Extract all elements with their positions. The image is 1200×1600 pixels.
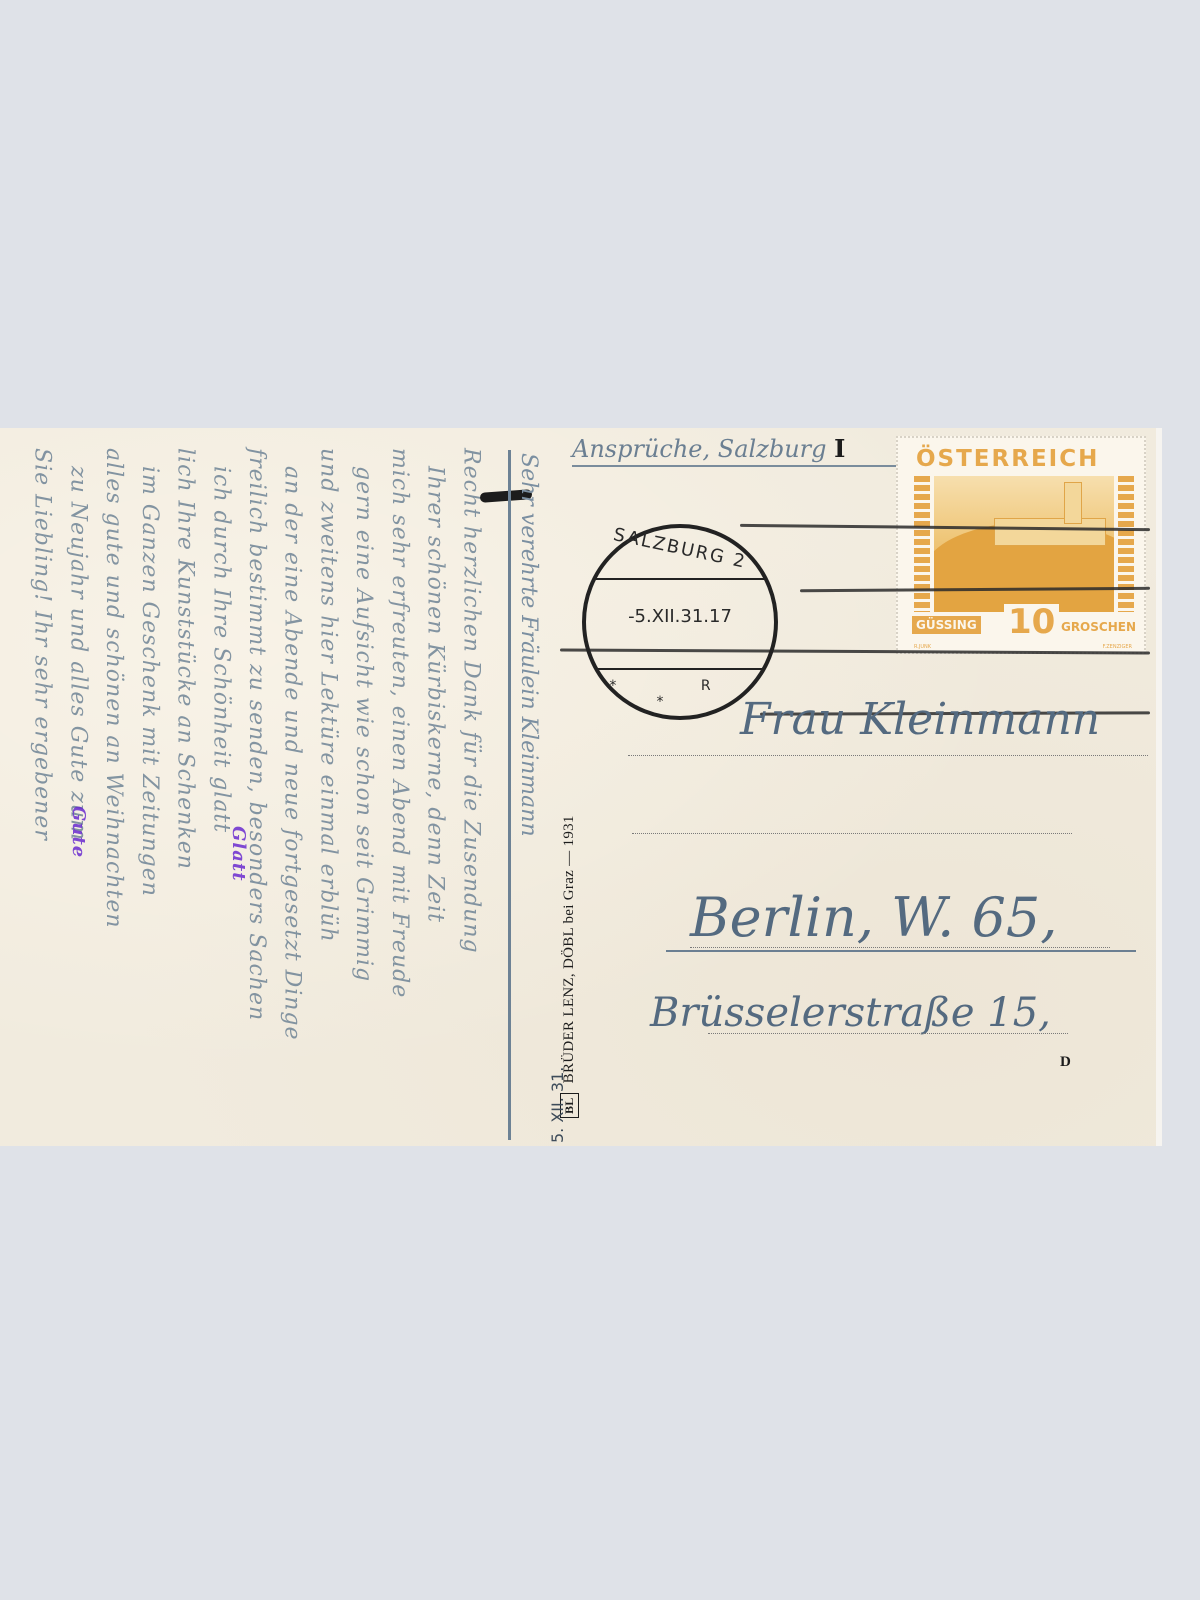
stamp-currency: GROSCHEN [1061,620,1136,634]
stamp-value: 10 [1004,604,1059,640]
message-line: lich Ihre Kunststücke an Schenken [173,448,198,1146]
message-line: Sie Liebling! Ihr sehr ergebener [30,448,55,1146]
recipient-street: Brüsselerstraße 15, [650,990,1051,1036]
message-line: mich sehr erfreuten, einen Abend mit Fre… [387,448,412,1146]
sender-line: Ansprüche, Salzburg I [572,434,902,467]
sender-text: Ansprüche, Salzburg [572,435,826,463]
message-line: gern eine Aufsicht wie schon seit Grimmi… [351,466,376,1146]
violet-annotation: Gute [68,806,89,886]
postmark: SALZBURG 2 -5.XII.31.17 * R * [582,524,778,720]
address-line-2 [632,832,1072,834]
address-line-1 [628,754,1148,756]
stamp-country: ÖSTERREICH [916,446,1136,472]
handwritten-greeting: Sehr verehrte Fräulein Kleinmann [516,453,541,1013]
message-line: ich durch Ihre Schönheit glatt [208,466,233,1146]
violet-annotation: Glatt [228,826,249,906]
church-tower-icon [1064,482,1082,524]
stamp-frame-right [1118,476,1134,612]
sender-suffix: I [834,434,845,463]
card-edge [1156,428,1162,1146]
address-line-4 [708,1032,1068,1034]
stamp-credit-left: R.JUNK [914,644,931,650]
recipient-name: Frau Kleinmann [740,694,1100,745]
stamp-credit-right: F.ZENZIGER [1103,644,1132,650]
postmark-date: -5.XII.31.17 [586,606,774,627]
center-divider-line [508,450,511,1140]
postmark-city: SALZBURG 2 [586,519,774,579]
message-line: an der eine Abende und neue fortgesetzt … [280,466,305,1146]
postcard: Recht herzlichen Dank für die ZusendungI… [0,428,1156,1146]
address-line-3 [690,946,1110,948]
card-code: 5. XII. 31. [548,1033,567,1143]
message-line: und zweitens hier Lektüre einmal erblüh [315,448,340,1146]
message-line: im Ganzen Geschenk mit Zeitungen [137,466,162,1146]
message-line: freilich bestimmt zu senden, besonders S… [244,448,269,1146]
handwritten-message: Recht herzlichen Dank für die ZusendungI… [8,436,508,1136]
printed-letter: D [1060,1054,1071,1071]
recipient-city: Berlin, W. 65, [690,886,1057,949]
castle-icon [994,518,1106,546]
message-line: Recht herzlichen Dank für die Zusendung [458,448,483,1146]
message-line: Ihrer schönen Kürbiskerne, denn Zeit [423,466,448,1146]
stamp-place: GÜSSING [912,616,981,634]
postage-stamp: ÖSTERREICH GÜSSING 10 GROSCHEN R.JUNK F.… [896,436,1146,654]
stamp-castle-picture [934,476,1114,612]
message-line: alles gute und schönen an Weihnachten [101,448,126,1146]
stamp-frame-left [914,476,930,612]
city-underline [666,950,1136,952]
